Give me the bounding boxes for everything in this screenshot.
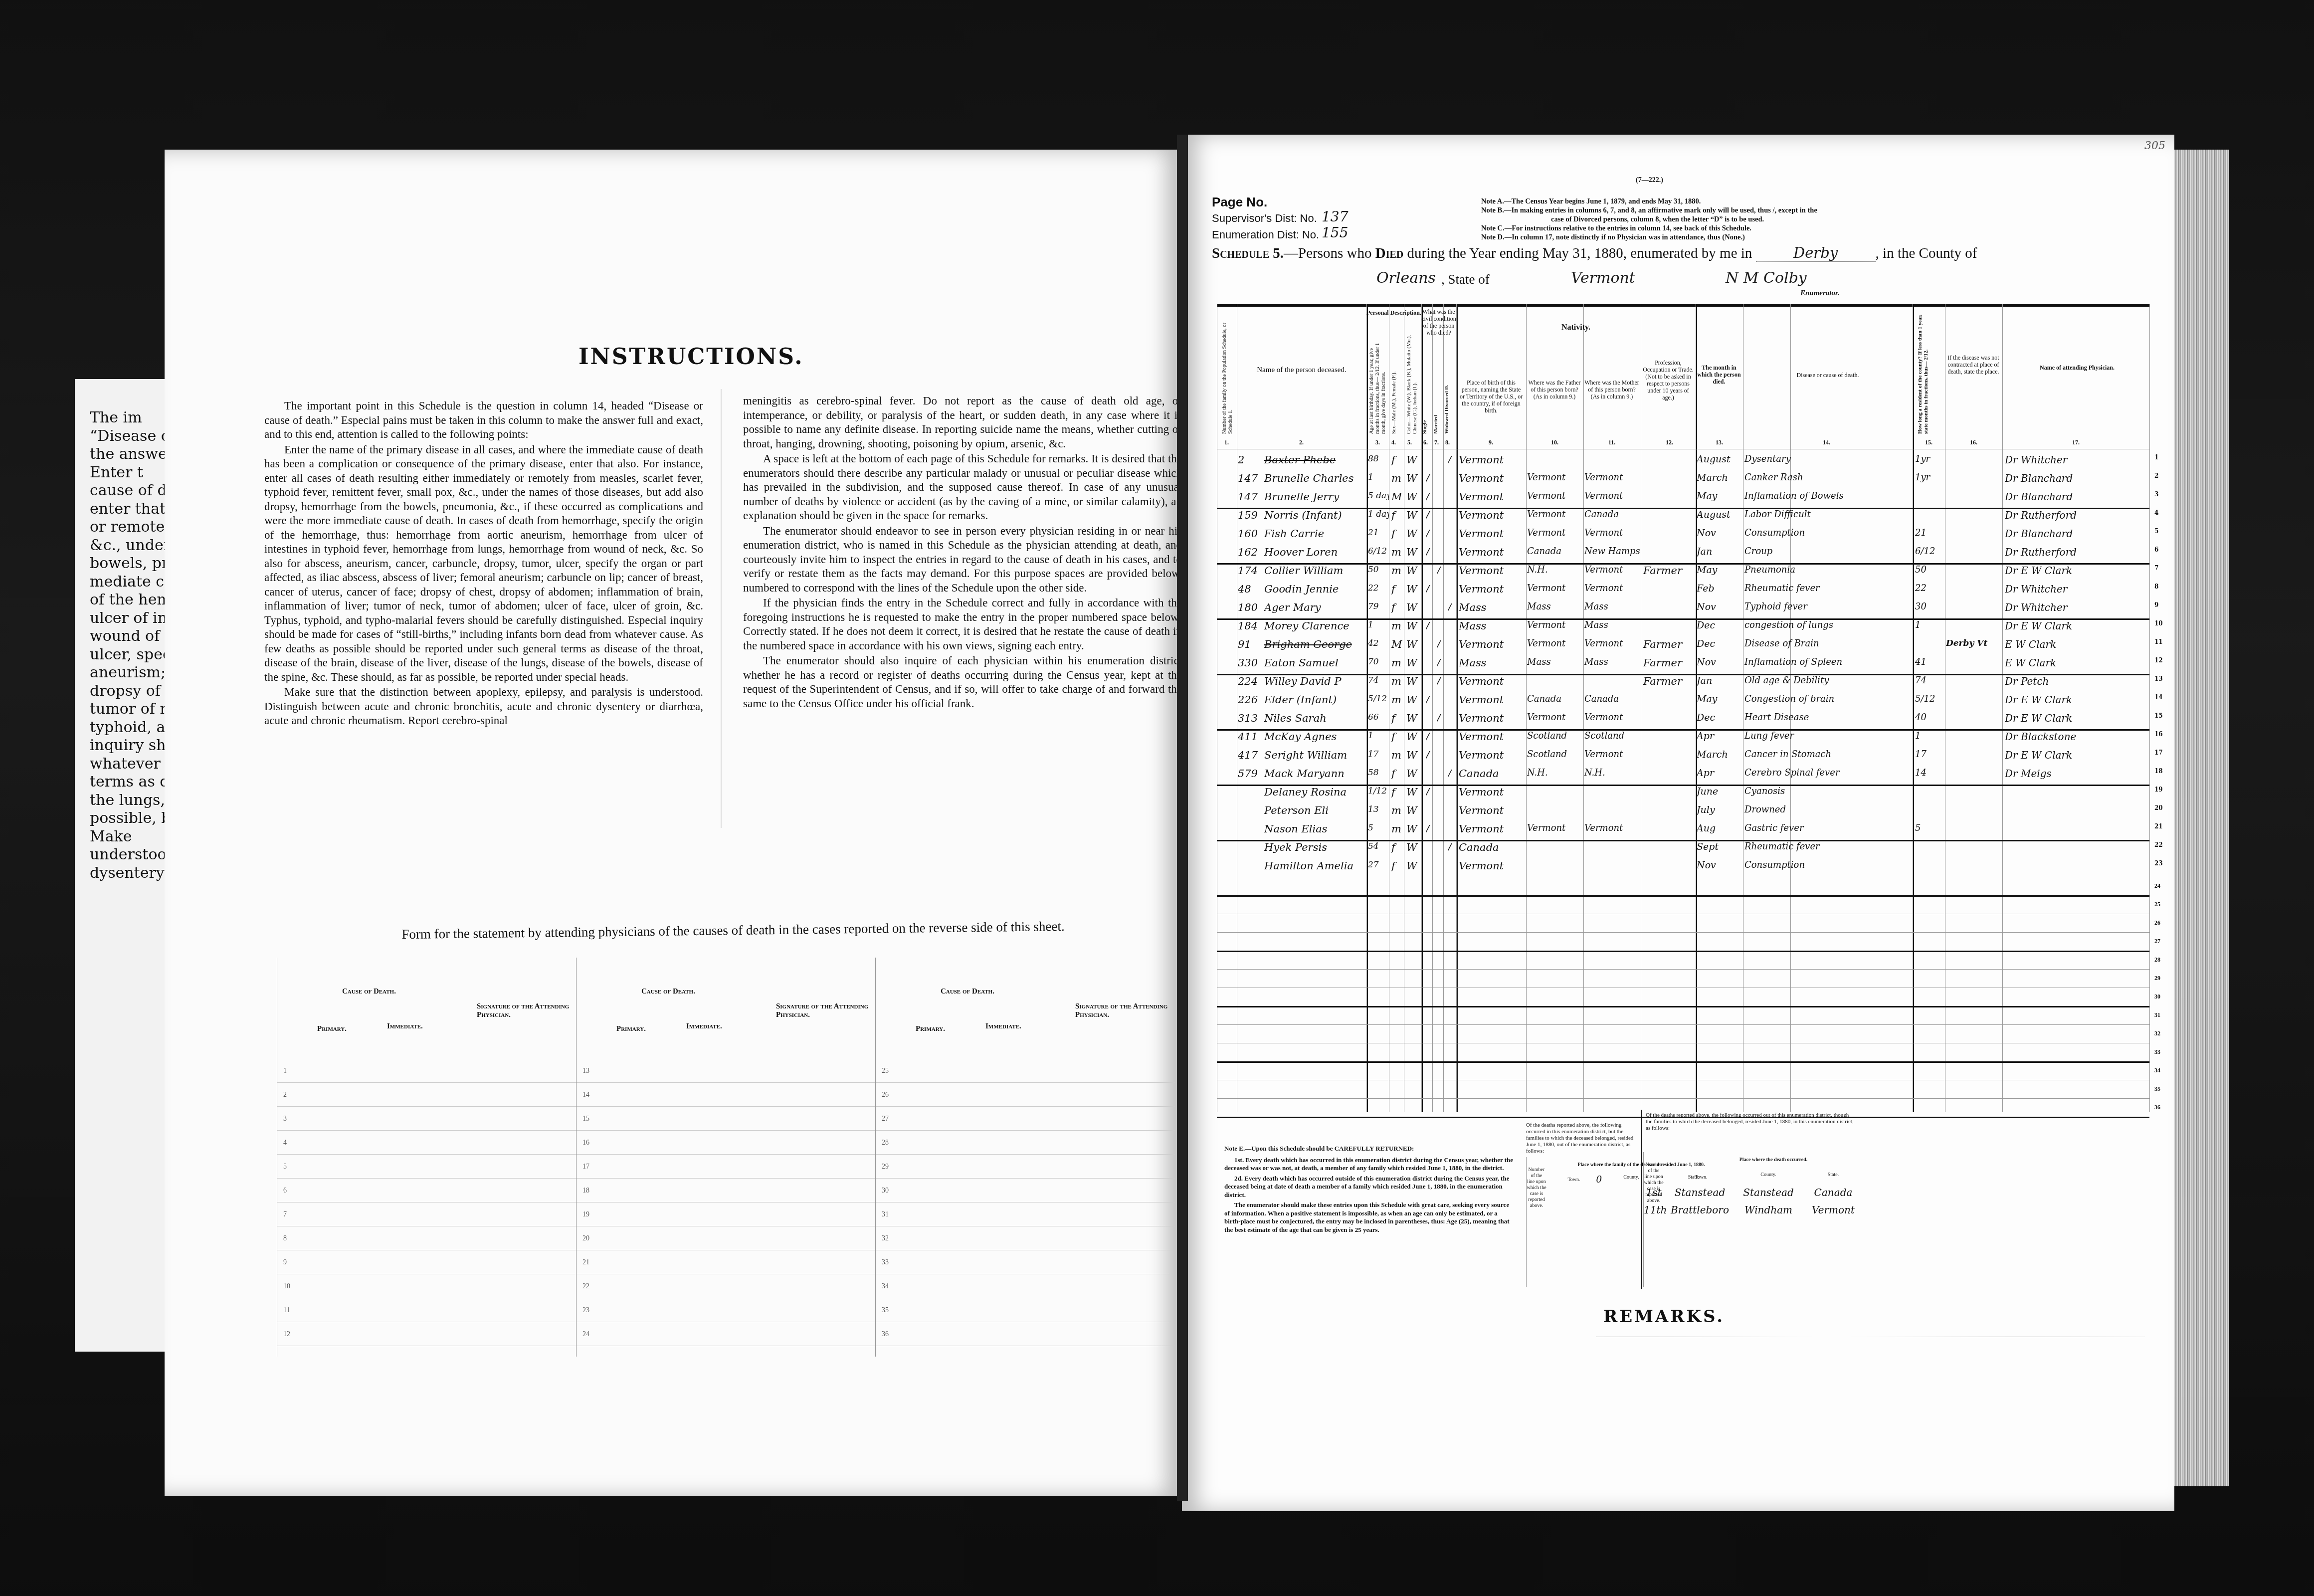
table-row: 147Brunelle Charles1mW/VermontVermontVer…: [1217, 472, 2159, 488]
form-line-number: 30: [882, 1187, 889, 1195]
table-row: 417Seright William17mW/VermontScotlandVe…: [1217, 749, 2159, 765]
family-number-cell: 579: [1238, 768, 1268, 780]
month-cell: May: [1697, 491, 1742, 502]
personal-description-header: Personal Description.: [1366, 309, 1421, 316]
family-number-cell: 2: [1238, 454, 1268, 466]
form-line-number: 3: [283, 1115, 287, 1123]
column-number: 10.: [1551, 439, 1558, 446]
instruction-paragraph: A space is left at the bottom of each pa…: [743, 452, 1182, 523]
occurred-out-state: Vermont: [1803, 1207, 1863, 1213]
family-number-cell: 147: [1238, 472, 1268, 484]
age-cell: 1/12: [1368, 786, 1389, 796]
occupation-cell: Farmer: [1643, 657, 1696, 669]
residence-duration-cell: 22: [1915, 583, 1944, 594]
physician-cell: E W Clark: [2005, 638, 2149, 650]
name-cell: Willey David P: [1264, 675, 1369, 687]
sex-cell: m: [1391, 546, 1404, 558]
column-header-11: Where was the Mother of this person born…: [1584, 379, 1639, 400]
sex-cell: m: [1391, 675, 1404, 687]
column-number: 12.: [1666, 439, 1673, 446]
form-line-number: 27: [882, 1115, 889, 1123]
civil-condition-mark: /: [1426, 509, 1433, 521]
month-cell: Apr: [1697, 731, 1742, 742]
form-row-line: [876, 1202, 1175, 1202]
note-b: Note B.—In making entries in columns 6, …: [1481, 206, 1817, 215]
column-number: 5.: [1407, 439, 1412, 446]
father-birthplace-cell: Canada: [1527, 546, 1583, 557]
civil-condition-mark: /: [1437, 657, 1444, 669]
column-header-4: Sex—Male (M.), Female (F.).: [1391, 334, 1397, 434]
name-cell: Elder (Infant): [1264, 694, 1369, 706]
color-cell: W: [1406, 620, 1420, 632]
mother-birthplace-cell: Vermont: [1584, 749, 1640, 760]
form-line-number: 32: [882, 1235, 889, 1243]
table-row: 411McKay Agnes1fW/VermontScotlandScotlan…: [1217, 731, 2159, 747]
cause-of-death-cell: Pneumonia: [1744, 565, 1912, 575]
column-header-9: Place of birth of this person, naming th…: [1459, 379, 1524, 414]
birthplace-cell: Vermont: [1459, 786, 1526, 798]
name-cell: Goodin Jennie: [1264, 583, 1369, 595]
birthplace-cell: Vermont: [1459, 583, 1526, 595]
instructions-title: INSTRUCTIONS.: [578, 344, 804, 370]
table-row: 91Brigham George42MW/VermontVermontVermo…: [1217, 638, 2159, 654]
age-cell: 1: [1368, 472, 1389, 482]
line-number: 32: [2154, 1030, 2160, 1037]
county-header: County.: [1736, 1172, 1801, 1178]
father-birthplace-cell: Canada: [1527, 694, 1583, 704]
line-number: 26: [2154, 919, 2160, 927]
father-birthplace-cell: Vermont: [1527, 509, 1583, 520]
month-cell: August: [1697, 454, 1742, 465]
header-bottom-line: [1217, 449, 2149, 449]
name-cell: Collier William: [1264, 565, 1369, 577]
line-number: 16: [2154, 731, 2163, 738]
note-e-item: 1st. Every death which has occurred in t…: [1224, 1156, 1514, 1173]
month-cell: Dec: [1697, 620, 1742, 631]
name-cell: Norris (Infant): [1264, 509, 1369, 521]
form-row-line: [876, 1154, 1175, 1155]
color-cell: W: [1406, 694, 1420, 706]
line-number: 19: [2154, 786, 2163, 793]
column-header-5: Color—White (W.), Black (B.), Mulatto (M…: [1406, 334, 1418, 434]
form-line-number: 2: [283, 1091, 287, 1099]
residence-duration-cell: 1: [1915, 620, 1944, 630]
table-row: 180Ager Mary79fW/MassMassMassNovTyphoid …: [1217, 601, 2159, 617]
line-number: 15: [2154, 712, 2163, 719]
place-header: Place where the death occurred.: [1669, 1157, 1878, 1163]
sex-cell: m: [1391, 657, 1404, 669]
form-row-line: [577, 1106, 876, 1107]
mother-birthplace-cell: Vermont: [1584, 712, 1640, 723]
sex-cell: m: [1391, 694, 1404, 706]
note-e-item: The enumerator should make these entries…: [1224, 1201, 1514, 1234]
supervisor-label: Supervisor's Dist: No.: [1212, 212, 1317, 225]
line-number: 7: [2154, 565, 2158, 572]
cause-of-death-cell: Cyanosis: [1744, 786, 1912, 797]
form-row-line: [277, 1298, 577, 1298]
birthplace-cell: Vermont: [1459, 565, 1526, 577]
father-birthplace-cell: Vermont: [1527, 620, 1583, 630]
cause-of-death-cell: Congestion of brain: [1744, 694, 1912, 704]
civil-condition-mark: /: [1426, 620, 1433, 632]
father-birthplace-cell: Vermont: [1527, 583, 1583, 594]
form-line-number: 29: [882, 1163, 889, 1171]
physician-cell: Dr Rutherford: [2005, 509, 2149, 521]
age-cell: 6/12: [1368, 546, 1389, 556]
residence-duration-cell: 74: [1915, 675, 1944, 686]
father-birthplace-cell: Mass: [1527, 657, 1583, 667]
form-row-line: [876, 1106, 1175, 1107]
form-line-number: 11: [283, 1307, 290, 1315]
month-cell: Nov: [1697, 528, 1742, 539]
column-header-17: Name of attending Physician.: [2005, 364, 2149, 371]
form-row-line: [277, 1274, 577, 1274]
cause-of-death-cell: Rheumatic fever: [1744, 841, 1912, 852]
line-number: 34: [2154, 1067, 2160, 1074]
note-d: Note D.—In column 17, note distinctly if…: [1481, 233, 1817, 242]
color-cell: W: [1406, 528, 1420, 540]
form-row-line: [577, 1202, 876, 1202]
birthplace-cell: Canada: [1459, 841, 1526, 853]
form-row-line: [876, 1082, 1175, 1083]
cause-of-death-cell: Inflamation of Spleen: [1744, 657, 1912, 667]
form-row-line: [577, 1154, 876, 1155]
mother-birthplace-cell: New Hampshire: [1584, 546, 1640, 557]
month-cell: March: [1697, 472, 1742, 483]
mother-birthplace-cell: Vermont: [1584, 823, 1640, 833]
color-cell: W: [1406, 860, 1420, 872]
table-row: 162Hoover Loren6/12mW/VermontCanadaNew H…: [1217, 546, 2159, 562]
age-cell: 1: [1368, 731, 1389, 741]
cause-of-death-cell: Inflamation of Bowels: [1744, 491, 1912, 501]
form-line-number: 22: [582, 1283, 589, 1291]
family-number-cell: 330: [1238, 657, 1268, 669]
residence-duration-cell: 40: [1915, 712, 1944, 723]
column-number: 14.: [1823, 439, 1830, 446]
primary-label: Primary.: [317, 1025, 347, 1033]
column-number: 17.: [2072, 439, 2080, 446]
town-value: Derby: [1756, 244, 1876, 262]
family-number-cell: 184: [1238, 620, 1268, 632]
line-number: 21: [2154, 823, 2163, 830]
line-number: 29: [2154, 975, 2160, 982]
form-line-number: 34: [882, 1283, 889, 1291]
name-cell: Nason Elias: [1264, 823, 1369, 835]
name-cell: Fish Carrie: [1264, 528, 1369, 540]
father-birthplace-cell: Vermont: [1527, 491, 1583, 501]
form-line-number: 14: [582, 1091, 589, 1099]
age-cell: 66: [1368, 712, 1389, 722]
form-line-number: 20: [582, 1235, 589, 1243]
sex-cell: f: [1391, 528, 1404, 540]
name-cell: Delaney Rosina: [1264, 786, 1369, 798]
mother-birthplace-cell: Vermont: [1584, 491, 1640, 501]
physician-cell: Dr Whitcher: [2005, 583, 2149, 595]
line-number: 35: [2154, 1085, 2160, 1093]
form-row-line: [277, 1130, 577, 1131]
column-number: 9.: [1489, 439, 1493, 446]
state-label: , State of: [1441, 272, 1490, 287]
color-cell: W: [1406, 565, 1420, 577]
table-row: 313Niles Sarah66fW/VermontVermontVermont…: [1217, 712, 2159, 728]
supervisor-value: 137: [1322, 208, 1348, 225]
age-cell: 58: [1368, 768, 1389, 778]
line-number: 11: [2154, 638, 2163, 645]
civil-condition-mark: /: [1426, 583, 1433, 595]
color-cell: W: [1406, 749, 1420, 761]
column-number: 8.: [1445, 439, 1450, 446]
family-number-cell: 180: [1238, 601, 1268, 613]
line-number: 9: [2154, 601, 2158, 608]
color-cell: W: [1406, 675, 1420, 687]
month-cell: May: [1697, 565, 1742, 576]
father-birthplace-cell: Scotland: [1527, 749, 1583, 760]
empty-row-line: [1217, 1098, 2149, 1099]
form-line-number: 31: [882, 1211, 889, 1219]
county-value: Orleans: [1376, 269, 1436, 287]
form-line-number: 28: [882, 1139, 889, 1147]
color-cell: W: [1406, 546, 1420, 558]
row-group-rule: [1217, 895, 2149, 897]
form-row-line: [577, 1250, 876, 1250]
mother-birthplace-cell: Vermont: [1584, 638, 1640, 649]
birthplace-cell: Mass: [1459, 620, 1526, 632]
sex-cell: f: [1391, 712, 1404, 724]
form-row-line: [876, 1130, 1175, 1131]
father-birthplace-cell: Vermont: [1527, 712, 1583, 723]
month-cell: Apr: [1697, 768, 1742, 779]
cause-of-death-cell: Old age & Debility: [1744, 675, 1912, 686]
form-row-line: [876, 1250, 1175, 1250]
empty-row-line: [1217, 1043, 2149, 1043]
family-number-cell: 417: [1238, 749, 1268, 761]
form-row-line: [876, 1346, 1175, 1346]
cause-of-death-cell: Disease of Brain: [1744, 638, 1912, 649]
name-cell: Morey Clarence: [1264, 620, 1369, 632]
civil-condition-header: What was the civil condition of the pers…: [1421, 308, 1456, 336]
empty-row-line: [1217, 1024, 2149, 1025]
sex-cell: M: [1391, 638, 1404, 650]
age-cell: 70: [1368, 657, 1389, 667]
form-line-number: 10: [283, 1283, 290, 1291]
birthplace-cell: Vermont: [1459, 823, 1526, 835]
month-cell: Nov: [1697, 657, 1742, 668]
sex-cell: m: [1391, 804, 1404, 816]
name-cell: Hyek Persis: [1264, 841, 1369, 853]
enumeration-label: Enumeration Dist: No.: [1212, 228, 1319, 241]
color-cell: W: [1406, 583, 1420, 595]
cause-of-death-cell: Consumption: [1744, 528, 1912, 538]
physician-cell: Dr Rutherford: [2005, 546, 2149, 558]
sex-cell: f: [1391, 731, 1404, 743]
occurred-out-table: Number of the line upon which the case i…: [1643, 1152, 1883, 1287]
column-number: 2.: [1299, 439, 1304, 446]
empty-row-line: [1217, 969, 2149, 970]
family-number-cell: 159: [1238, 509, 1268, 521]
civil-condition-mark: /: [1426, 528, 1433, 540]
family-number-cell: 224: [1238, 675, 1268, 687]
sex-cell: m: [1391, 749, 1404, 761]
birthplace-cell: Vermont: [1459, 509, 1526, 521]
father-birthplace-cell: Vermont: [1527, 823, 1583, 833]
occurred-in-entry: 0: [1594, 1176, 1604, 1182]
line-number: 5: [2154, 528, 2158, 535]
remarks-line: [1596, 1337, 2144, 1337]
form-row-line: [277, 1106, 577, 1107]
mother-birthplace-cell: Scotland: [1584, 731, 1640, 741]
form-row-line: [577, 1346, 876, 1346]
name-cell: Baxter Phebe: [1264, 454, 1369, 466]
civil-condition-mark: /: [1426, 546, 1433, 558]
column-header-8: Widowed Divorced D.: [1444, 379, 1450, 434]
occurred-out-state: Canada: [1803, 1190, 1863, 1196]
form-line-number: 19: [582, 1211, 589, 1219]
state-value: Vermont: [1571, 269, 1635, 287]
form-line-number: 4: [283, 1139, 287, 1147]
column-number: 1.: [1224, 439, 1229, 446]
enumerator-label: Enumerator.: [1800, 289, 1840, 298]
birthplace-cell: Vermont: [1459, 712, 1526, 724]
name-cell: Hamilton Amelia: [1264, 860, 1369, 872]
age-cell: 42: [1368, 638, 1389, 648]
physician-cell: Dr Meigs: [2005, 768, 2149, 780]
table-row: 159Norris (Infant)1 dayfW/VermontVermont…: [1217, 509, 2159, 525]
father-birthplace-cell: Vermont: [1527, 472, 1583, 483]
birthplace-cell: Mass: [1459, 657, 1526, 669]
sex-cell: f: [1391, 768, 1404, 780]
physician-cell: Dr Petch: [2005, 675, 2149, 687]
table-row: 48Goodin Jennie22fW/VermontVermontVermon…: [1217, 583, 2159, 599]
form-row-line: [876, 1226, 1175, 1226]
form-line-number: 36: [882, 1331, 889, 1339]
instructions-left-column: The important point in this Schedule is …: [264, 399, 703, 729]
form-line-number: 26: [882, 1091, 889, 1099]
residence-duration-cell: 21: [1915, 528, 1944, 538]
column-header-6: Single: [1422, 379, 1428, 434]
physician-cell: Dr E W Clark: [2005, 749, 2149, 761]
table-row: 226Elder (Infant)5/12mW/VermontCanadaCan…: [1217, 694, 2159, 710]
instruction-paragraph: If the physician finds the entry in the …: [743, 596, 1182, 653]
age-cell: 21: [1368, 528, 1389, 538]
page-no-label: Page No.: [1212, 195, 1267, 210]
column-header-13: The month in which the person died.: [1697, 364, 1741, 385]
death-schedule-table: Personal Description.What was the civil …: [1217, 304, 2159, 1112]
form-row-line: [577, 1274, 876, 1274]
cause-of-death-header: Cause of Death.: [641, 988, 695, 996]
column-header-2: Name of the person deceased.: [1237, 367, 1366, 374]
instruction-paragraph: The enumerator should endeavor to see in…: [743, 524, 1182, 596]
column-number: 16.: [1970, 439, 1977, 446]
civil-condition-mark: /: [1426, 694, 1433, 706]
residence-duration-cell: 1yr: [1915, 472, 1944, 483]
section-divider: [1641, 1110, 1642, 1289]
sex-cell: m: [1391, 823, 1404, 835]
form-row-line: [277, 1154, 577, 1155]
line-number: 24: [2154, 882, 2160, 890]
column-number: 7.: [1434, 439, 1439, 446]
line-number: 31: [2154, 1011, 2160, 1019]
father-birthplace-cell: N.H.: [1527, 565, 1583, 575]
table-row: Delaney Rosina1/12fW/VermontJuneCyanosis…: [1217, 786, 2159, 802]
empty-row-line: [1217, 932, 2149, 933]
page-edges: [2174, 150, 2229, 1486]
family-number-cell: 48: [1238, 583, 1268, 595]
note-e-item: 2d. Every death which has occurred outsi…: [1224, 1175, 1514, 1199]
occurred-out-county: Stanstead: [1736, 1190, 1801, 1196]
color-cell: W: [1406, 657, 1420, 669]
sex-cell: f: [1391, 786, 1404, 798]
form-row-line: [577, 1082, 876, 1083]
cause-of-death-cell: Rheumatic fever: [1744, 583, 1912, 594]
form-line-number: 9: [283, 1259, 287, 1267]
name-cell: McKay Agnes: [1264, 731, 1369, 743]
name-cell: Niles Sarah: [1264, 712, 1369, 724]
schedule-title: Schedule 5.—Persons who Died during the …: [1212, 244, 1977, 262]
civil-condition-mark: /: [1426, 472, 1433, 484]
birthplace-cell: Vermont: [1459, 472, 1526, 484]
sex-cell: m: [1391, 472, 1404, 484]
age-cell: 27: [1368, 860, 1389, 870]
instruction-paragraph: The important point in this Schedule is …: [264, 399, 703, 442]
column-number: 6.: [1423, 439, 1428, 446]
table-row: 147Brunelle Jerry5 daysMW/VermontVermont…: [1217, 491, 2159, 507]
father-birthplace-cell: Mass: [1527, 601, 1583, 612]
occupation-cell: Farmer: [1643, 675, 1696, 687]
form-row-line: [277, 1082, 577, 1083]
empty-row-line: [1217, 1080, 2149, 1080]
enumeration-value: 155: [1322, 224, 1348, 241]
civil-condition-mark: /: [1437, 675, 1444, 687]
column-number: 3.: [1375, 439, 1380, 446]
month-cell: May: [1697, 694, 1742, 705]
nativity-header: Nativity.: [1456, 324, 1696, 331]
enumerator-signature: N M Colby: [1726, 269, 1807, 287]
form-line-number: 15: [582, 1115, 589, 1123]
civil-condition-mark: /: [1448, 768, 1455, 780]
month-cell: Jan: [1697, 675, 1742, 686]
form-row-line: [277, 1226, 577, 1226]
color-cell: W: [1406, 509, 1420, 521]
sex-cell: m: [1391, 565, 1404, 577]
instruction-paragraph: Enter the name of the primary disease in…: [264, 443, 703, 685]
sex-cell: f: [1391, 509, 1404, 521]
form-line-number: 35: [882, 1307, 889, 1315]
form-line-number: 12: [283, 1331, 290, 1339]
form-row-line: [577, 1178, 876, 1179]
line-number: 10: [2154, 620, 2163, 627]
form-line-number: 6: [283, 1187, 287, 1195]
residence-duration-cell: 41: [1915, 657, 1944, 667]
age-cell: 22: [1368, 583, 1389, 593]
color-cell: W: [1406, 601, 1420, 613]
sex-cell: f: [1391, 601, 1404, 613]
table-row: 2Baxter Phebe88fW/VermontAugustDysentary…: [1217, 454, 2159, 470]
line-number-header: Number of the line upon which the case i…: [1527, 1167, 1546, 1209]
age-cell: 74: [1368, 675, 1389, 685]
cause-of-death-cell: Cerebro Spinal fever: [1744, 768, 1912, 778]
cause-of-death-header: Cause of Death.: [342, 988, 396, 996]
table-row: 184Morey Clarence1mW/MassVermontMassDecc…: [1217, 620, 2159, 636]
family-number-cell: 147: [1238, 491, 1268, 503]
name-cell: Eaton Samuel: [1264, 657, 1369, 669]
table-row: 174Collier William50mW/VermontN.H.Vermon…: [1217, 565, 2159, 581]
mother-birthplace-cell: Vermont: [1584, 583, 1640, 594]
column-header-7: Married: [1433, 379, 1439, 434]
form-row-line: [577, 1322, 876, 1322]
civil-condition-mark: /: [1426, 749, 1433, 761]
form-line-number: 17: [582, 1163, 589, 1171]
color-cell: W: [1406, 768, 1420, 780]
